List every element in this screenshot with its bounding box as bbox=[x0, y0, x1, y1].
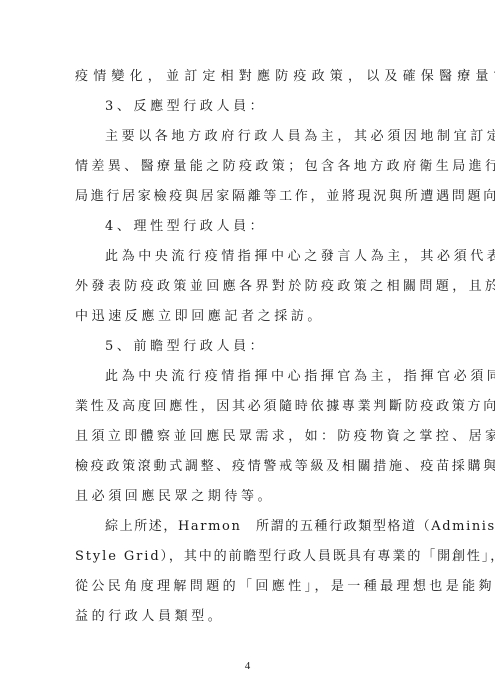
text-line: 外發表防疫政策並回應各界對於防疫政策之相關問題，且於防疫記者會 bbox=[75, 272, 433, 302]
text-line: 此為中央流行疫情指揮中心指揮官為主，指揮官必須同時具高度專 bbox=[75, 362, 433, 392]
text-line: 益的行政人員類型。 bbox=[75, 602, 433, 632]
text-line: 疫情變化，並訂定相對應防疫政策，以及確保醫療量能充足。 bbox=[75, 62, 433, 92]
page-number: 4 bbox=[0, 660, 495, 672]
text-line: 情差異、醫療量能之防疫政策；包含各地方政府衛生局進行疫調、民政 bbox=[75, 152, 433, 182]
section-heading-reactive: 3、反應型行政人員： bbox=[75, 92, 433, 122]
text-line: 局進行居家檢疫與居家隔離等工作，並將現況與所遭遇問題向中央反映。 bbox=[75, 182, 433, 212]
text-line: 且必須回應民眾之期待等。 bbox=[75, 482, 433, 512]
text-line: 此為中央流行疫情指揮中心之發言人為主，其必須代表政府統一對 bbox=[75, 242, 433, 272]
text-line: 中迅速反應立即回應記者之採訪。 bbox=[75, 302, 433, 332]
section-heading-rational: 4、理性型行政人員： bbox=[75, 212, 433, 242]
text-line: 檢疫政策滾動式調整、疫情警戒等級及相關措施、疫苗採購與施打計畫， bbox=[75, 452, 433, 482]
section-heading-proactive: 5、前瞻型行政人員： bbox=[75, 332, 433, 362]
document-page: 疫情變化，並訂定相對應防疫政策，以及確保醫療量能充足。 3、反應型行政人員： 主… bbox=[0, 0, 495, 700]
document-body: 疫情變化，並訂定相對應防疫政策，以及確保醫療量能充足。 3、反應型行政人員： 主… bbox=[75, 62, 433, 632]
text-line: 從公民角度理解問題的「回應性」，是一種最理想也是能夠實踐公共利 bbox=[75, 572, 433, 602]
text-line: 業性及高度回應性，因其必須隨時依據專業判斷防疫政策方向是否正確， bbox=[75, 392, 433, 422]
text-line: 綜上所述，Harmon 所謂的五種行政類型格道（Administrative bbox=[75, 512, 433, 542]
text-line: 主要以各地方政府行政人員為主，其必須因地制宜訂定符合當地疫 bbox=[75, 122, 433, 152]
text-line: Style Grid），其中的前瞻型行政人員既具有專業的「開創性」，又具有 bbox=[75, 542, 433, 572]
text-line: 且須立即體察並回應民眾需求，如：防疫物資之掌控、居家隔離與居家 bbox=[75, 422, 433, 452]
